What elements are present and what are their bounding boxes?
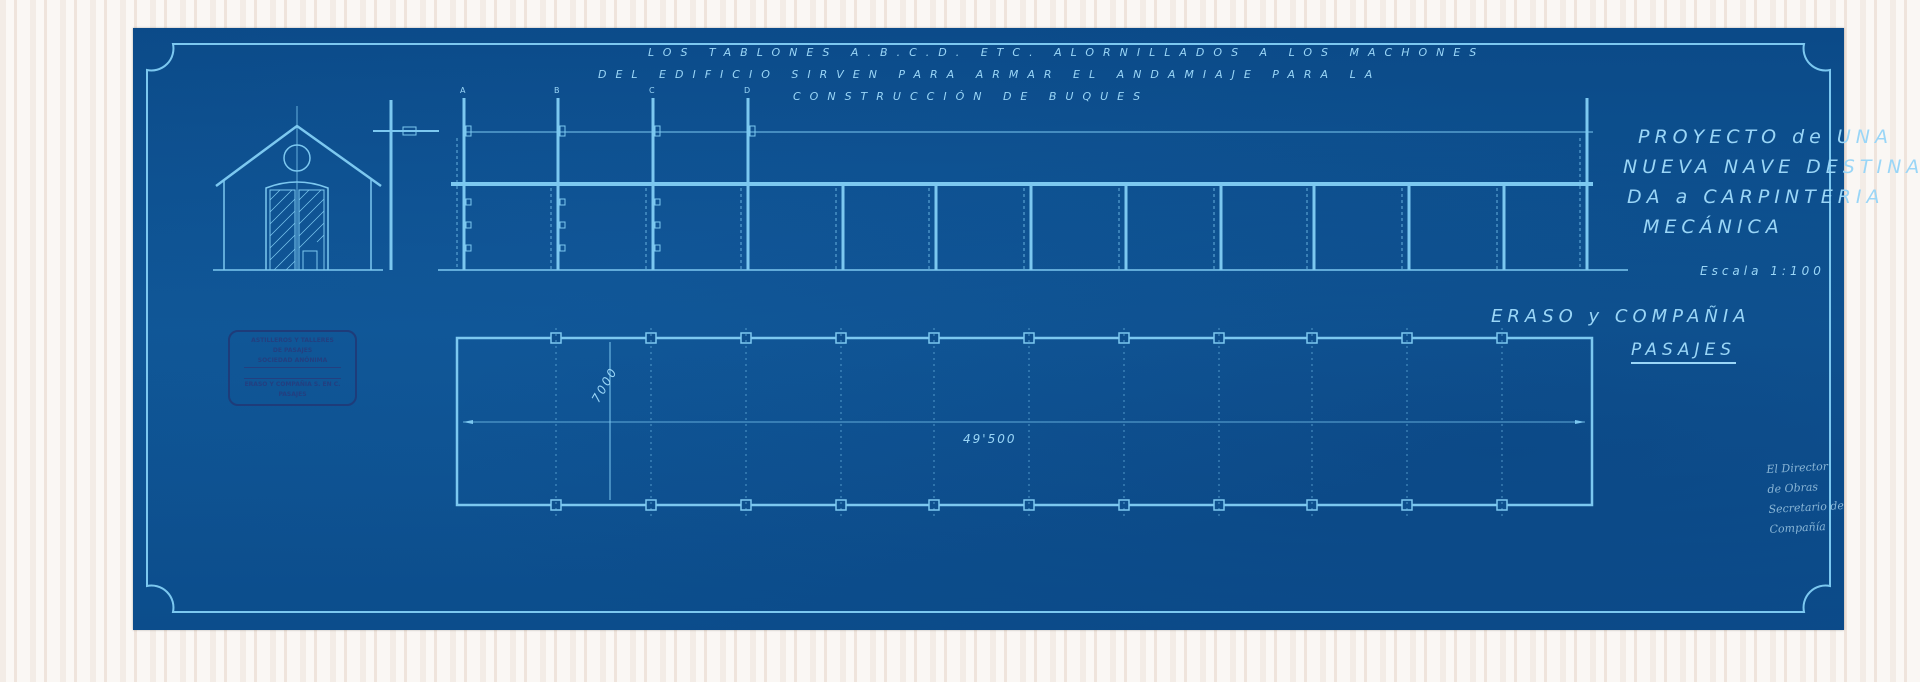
blueprint-drawing: [133, 28, 1844, 630]
floor-plan: [457, 328, 1592, 518]
stamp-line-4: ERASO Y COMPAÑIA S. EN C.: [230, 380, 355, 390]
note-line-3: CONSTRUCCIÓN DE BUQUES: [793, 90, 1149, 103]
length-dimension: 49'500: [963, 432, 1016, 446]
inner-border: [147, 44, 1830, 612]
stamp-line-3: SOCIEDAD ANÓNIMA: [230, 356, 355, 366]
side-elevation: [438, 98, 1628, 270]
stamp-line-1: ASTILLEROS Y TALLERES: [230, 336, 355, 346]
column-label-a: A: [460, 86, 465, 95]
note-line-2: DEL EDIFICIO SIRVEN PARA ARMAR EL ANDAMI…: [598, 68, 1381, 81]
title-line-3: DA a CARPINTERIA: [1627, 186, 1885, 208]
signature-line-2: Secretario de Compañía: [1768, 496, 1846, 540]
title-line-4: MECÁNICA: [1643, 216, 1784, 238]
column-label-c: C: [649, 86, 655, 95]
blueprint-sheet: LOS TABLONES A.B.C.D. ETC. ALORNILLADOS …: [133, 28, 1844, 630]
title-line-1: PROYECTO de UNA: [1638, 126, 1893, 148]
column-label-b: B: [554, 86, 560, 95]
signature: El Director de Obras Secretario de Compa…: [1766, 456, 1846, 540]
stamp-line-2: DE PASAJES: [230, 346, 355, 356]
company-stamp: ASTILLEROS Y TALLERES DE PASAJES SOCIEDA…: [228, 330, 357, 406]
company-name: ERASO y COMPAÑIA: [1491, 306, 1751, 327]
stamp-date-box: [244, 367, 341, 379]
company-city: PASAJES: [1631, 340, 1736, 364]
stamp-line-5: PASAJES: [230, 390, 355, 400]
scale-label: Escala 1:100: [1700, 264, 1825, 278]
signature-line-1: El Director de Obras: [1766, 456, 1844, 500]
note-line-1: LOS TABLONES A.B.C.D. ETC. ALORNILLADOS …: [648, 46, 1485, 59]
title-line-2: NUEVA NAVE DESTINA: [1623, 156, 1920, 178]
end-elevation: [213, 100, 439, 270]
column-label-d: D: [744, 86, 750, 95]
